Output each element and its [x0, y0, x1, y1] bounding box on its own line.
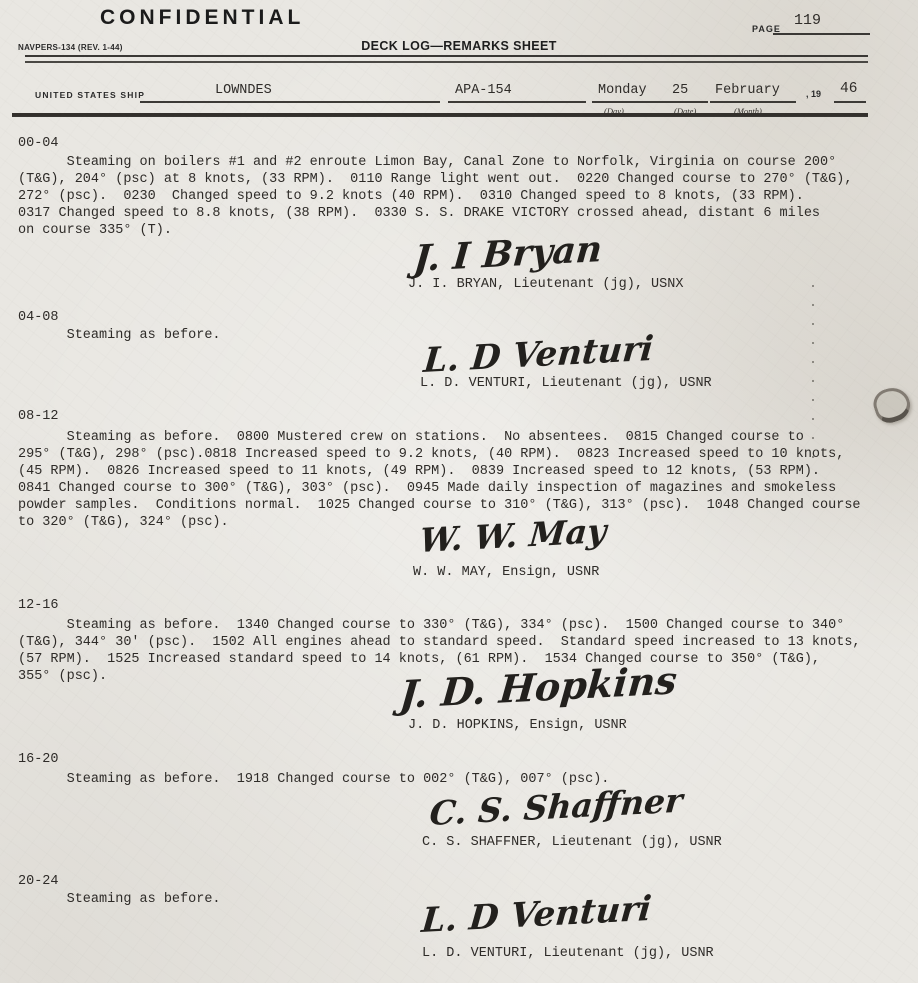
- day-field: Monday: [598, 83, 647, 98]
- hull-number-underline: [448, 101, 586, 103]
- page-number: 119: [794, 12, 821, 29]
- log-text: Steaming as before.: [18, 891, 221, 908]
- month-underline: [710, 101, 796, 103]
- signature-typed: J. D. HOPKINS, Ensign, USNR: [408, 718, 627, 733]
- log-text: Steaming as before. 1918 Changed course …: [18, 771, 609, 788]
- log-text: Steaming as before.: [18, 327, 221, 344]
- year-prefix-label: , 19: [806, 89, 821, 99]
- year-field: 46: [840, 81, 857, 97]
- log-text: Steaming on boilers #1 and #2 enroute Li…: [18, 154, 852, 239]
- watch-period-label: 00-04: [18, 136, 59, 151]
- binding-dots: [812, 285, 814, 475]
- year-underline: [834, 101, 866, 103]
- watch-period-label: 20-24: [18, 874, 59, 889]
- paper-stain: [870, 383, 915, 426]
- watch-period-label: 12-16: [18, 598, 59, 613]
- ship-label: UNITED STATES SHIP: [35, 90, 145, 100]
- deck-log-remarks-sheet: CONFIDENTIAL PAGE 119 NAVPERS-134 (REV. …: [0, 0, 918, 983]
- log-text: Steaming as before. 0800 Mustered crew o…: [18, 429, 861, 531]
- month-field: February: [715, 83, 780, 98]
- header-bottom-rule: [12, 113, 868, 117]
- signature-typed: L. D. VENTURI, Lieutenant (jg), USNR: [420, 376, 712, 391]
- page-number-underline: [773, 33, 870, 35]
- document-title: DECK LOG—REMARKS SHEET: [0, 39, 918, 53]
- signature-handwritten: J. I Bryan: [412, 228, 604, 280]
- watch-period-label: 04-08: [18, 310, 59, 325]
- ship-name: LOWNDES: [215, 83, 272, 98]
- signature-handwritten: L. D Venturi: [420, 889, 653, 941]
- signature-typed: L. D. VENTURI, Lieutenant (jg), USNR: [422, 946, 714, 961]
- header-double-rule: [25, 55, 868, 63]
- signature-typed: C. S. SHAFFNER, Lieutenant (jg), USNR: [422, 835, 722, 850]
- hull-number: APA-154: [455, 83, 512, 98]
- watch-period-label: 08-12: [18, 409, 59, 424]
- date-field: 25: [672, 83, 688, 98]
- ship-name-underline: [140, 101, 440, 103]
- signature-handwritten: L. D Venturi: [422, 329, 655, 381]
- signature-handwritten: C. S. Shaffner: [428, 781, 684, 833]
- date-underline: [664, 101, 708, 103]
- signature-typed: W. W. MAY, Ensign, USNR: [413, 565, 599, 580]
- watch-period-label: 16-20: [18, 752, 59, 767]
- classification-stamp: CONFIDENTIAL: [100, 6, 304, 30]
- signature-typed: J. I. BRYAN, Lieutenant (jg), USNX: [408, 277, 683, 292]
